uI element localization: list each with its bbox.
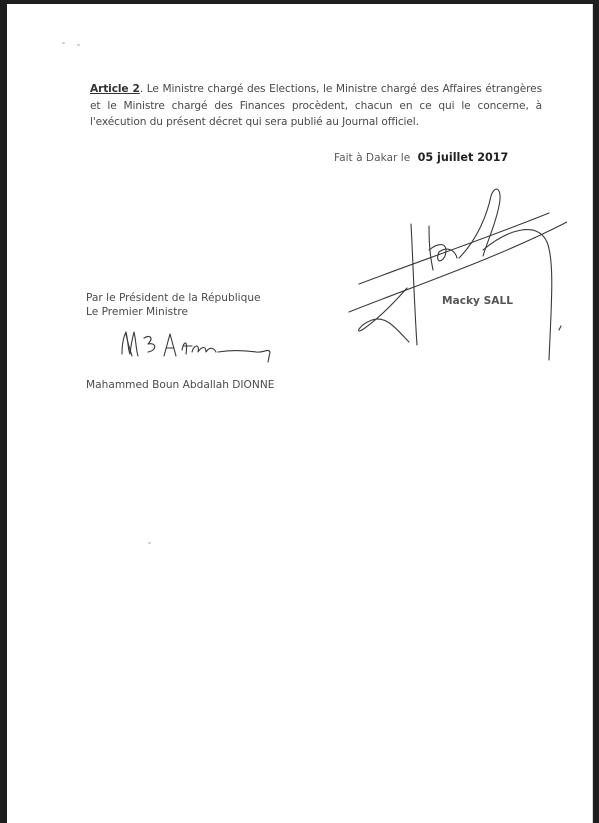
viewer-background: Article 2. Le Ministre chargé des Electi… xyxy=(0,0,599,823)
document-page: Article 2. Le Ministre chargé des Electi… xyxy=(7,4,593,823)
countersign-line-2: Le Premier Ministre xyxy=(86,306,261,320)
signature-date: 05 juillet 2017 xyxy=(418,151,509,164)
scan-speck xyxy=(77,44,80,46)
prime-minister-signature-icon xyxy=(118,326,278,368)
president-name: Macky SALL xyxy=(442,295,513,307)
article-paragraph: Article 2. Le Ministre chargé des Electi… xyxy=(90,81,542,131)
countersign-block: Par le Président de la République Le Pre… xyxy=(86,292,261,319)
article-text: . Le Ministre chargé des Elections, le M… xyxy=(90,83,542,128)
article-label: Article 2 xyxy=(90,83,140,95)
scan-speck xyxy=(62,42,65,44)
countersign-line-1: Par le Président de la République xyxy=(86,292,261,306)
place-prefix: Fait à Dakar le xyxy=(334,152,410,164)
scan-speck xyxy=(148,542,151,544)
place-date-line: Fait à Dakar le 05 juillet 2017 xyxy=(334,151,508,164)
president-signature-icon xyxy=(337,180,567,362)
prime-minister-name: Mahammed Boun Abdallah DIONNE xyxy=(86,379,274,391)
